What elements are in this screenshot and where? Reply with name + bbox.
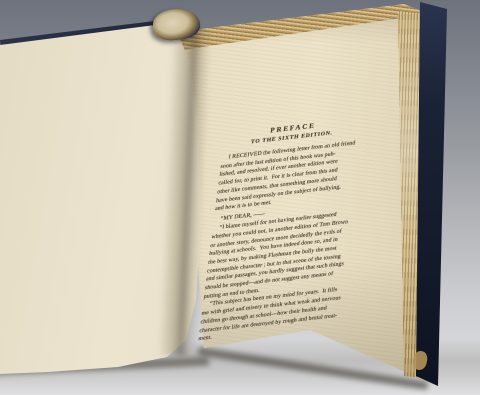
book-photograph: PREFACE TO THE SIXTH EDITION. I RECEIVED… [0,0,480,395]
